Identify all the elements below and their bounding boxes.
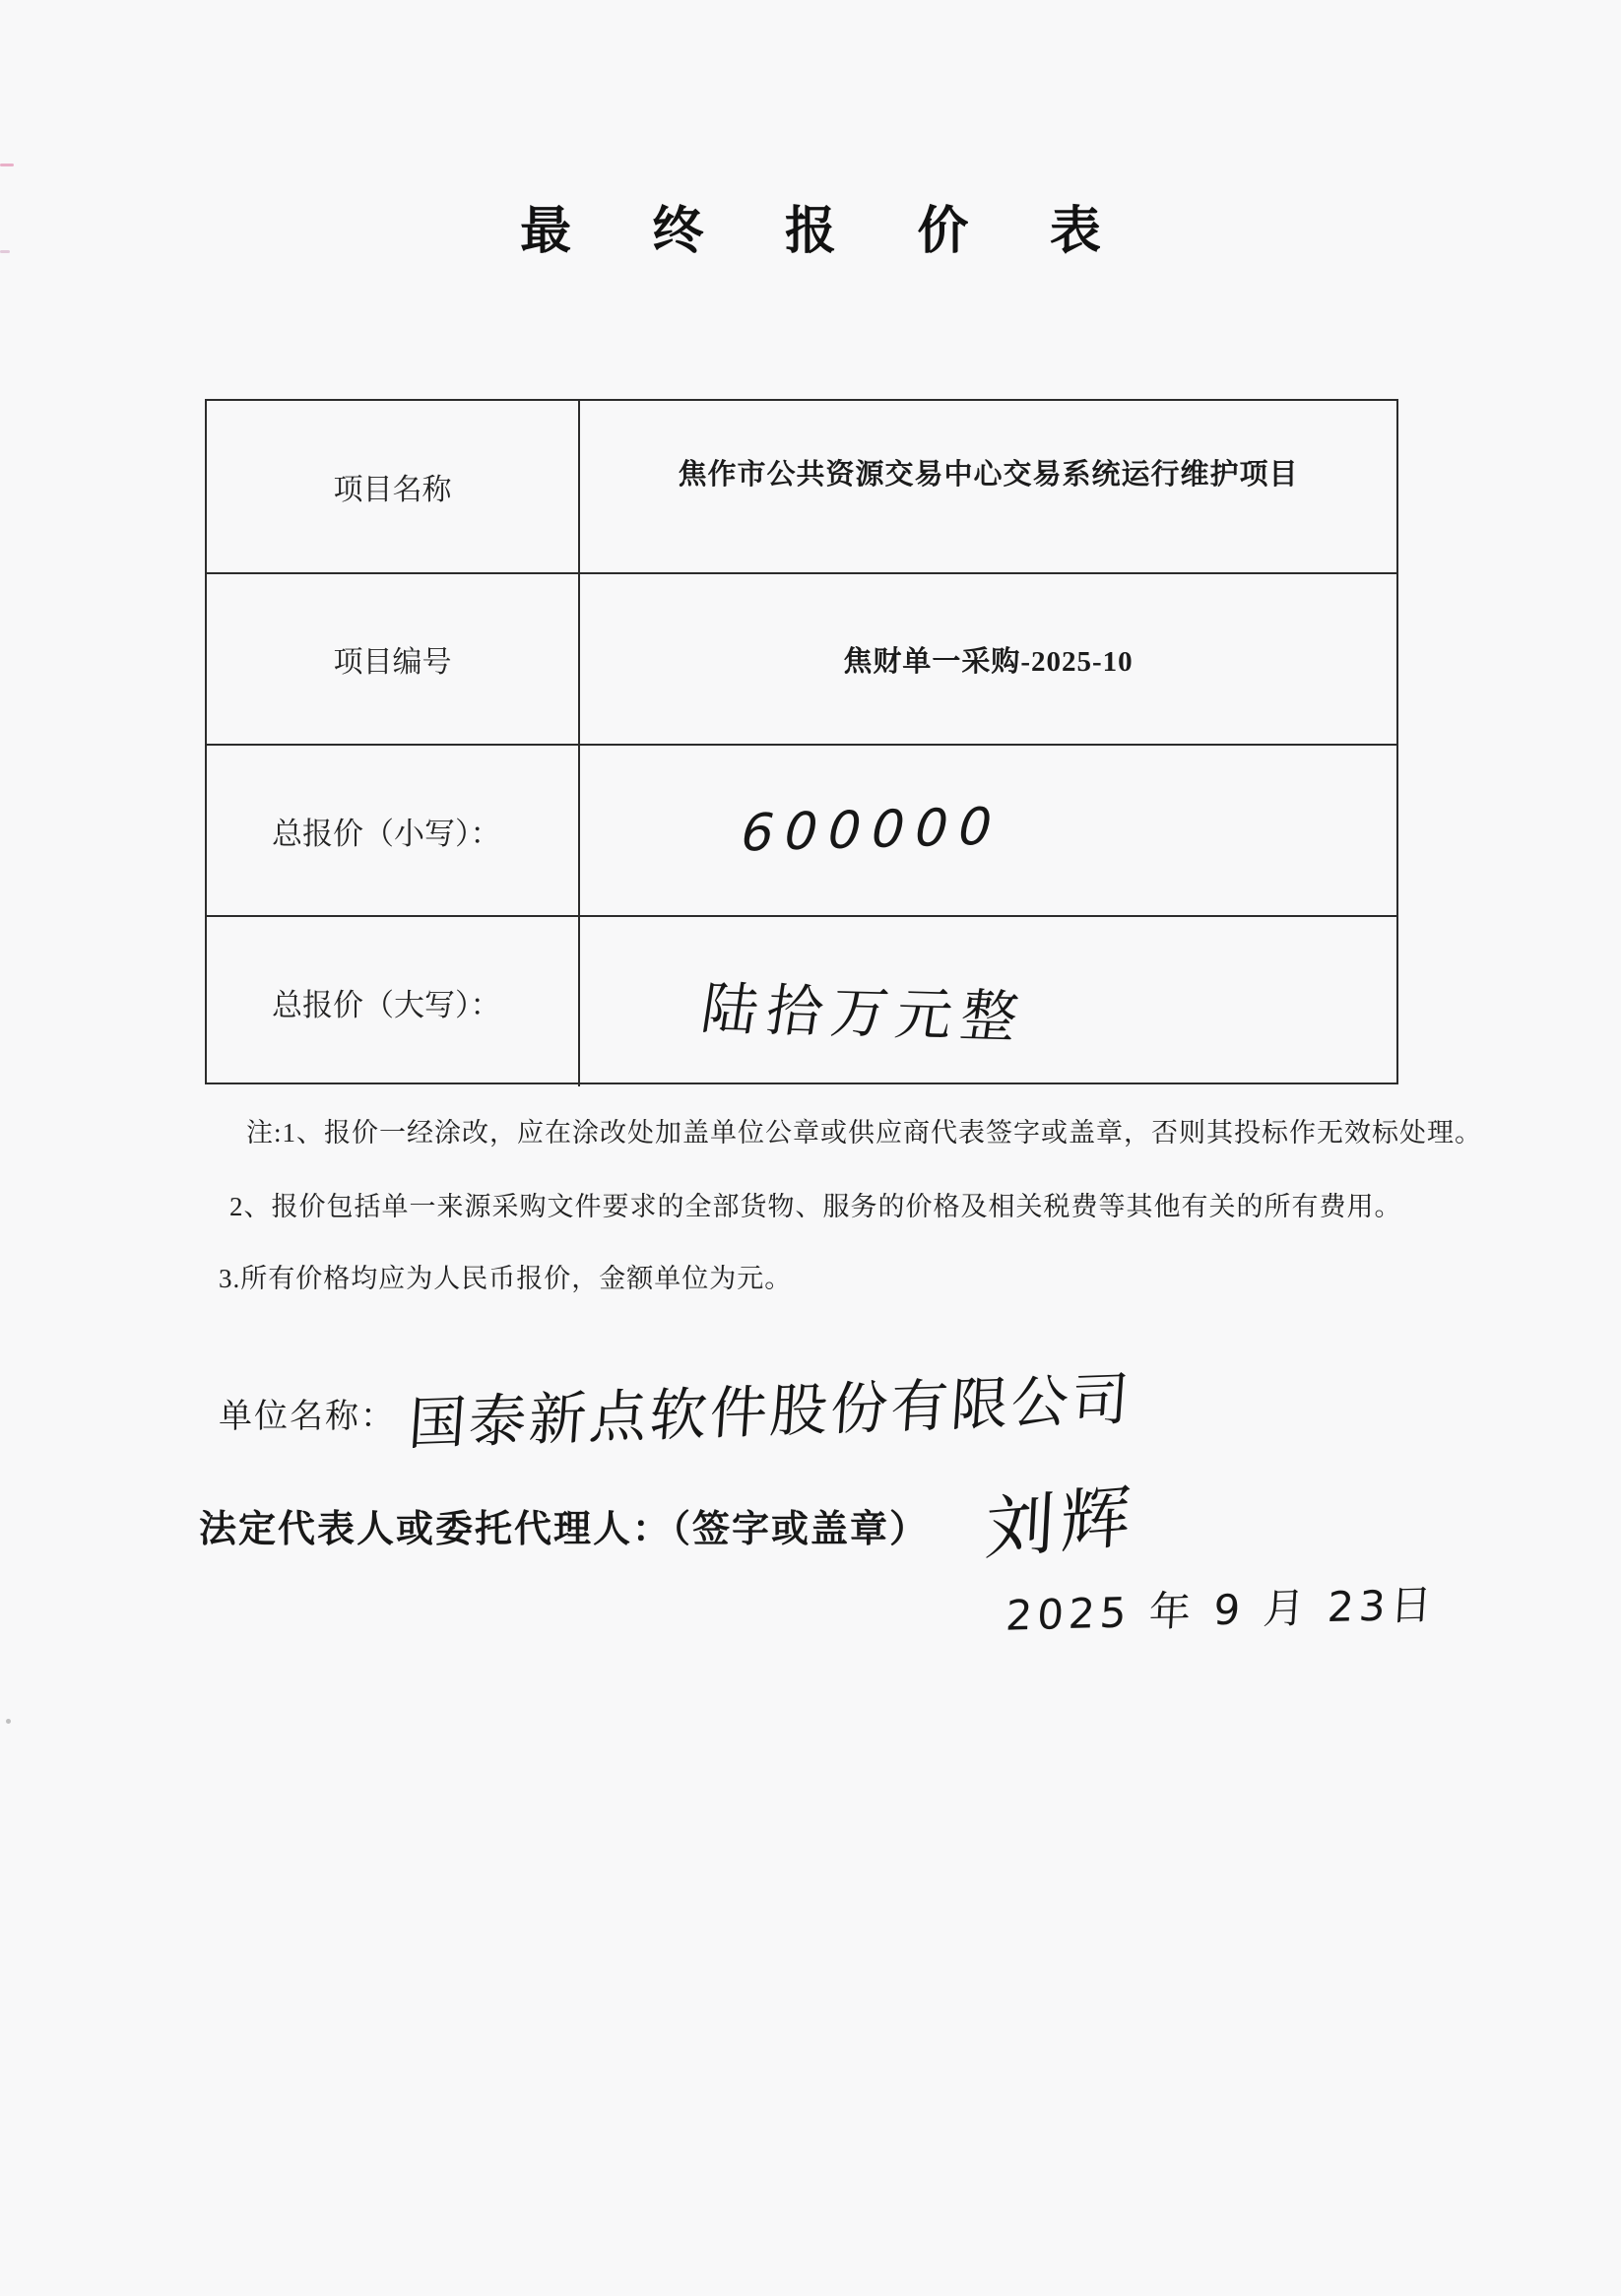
- date-line: 2025 年 9 月 23日: [1006, 1578, 1436, 1637]
- project-number-value: 焦财单一采购-2025-10: [843, 639, 1133, 680]
- project-name-label: 项目名称: [334, 465, 452, 508]
- scanned-quotation-document: 最 终 报 价 表 项目名称 焦作市公共资源交易中心交易系统运行维护项目 项目编…: [0, 0, 1621, 2296]
- signature-handwriting: 刘辉: [983, 1462, 1139, 1574]
- total-price-numeric-label: 总报价（小写）：: [272, 809, 501, 853]
- table-row-label-total-price-words: 总报价（大写）：: [207, 915, 578, 1086]
- project-number-label: 项目编号: [334, 637, 452, 681]
- table-row-label-total-price-numeric: 总报价（小写）：: [207, 744, 578, 915]
- total-price-numeric-handwriting: 600000: [740, 798, 1005, 864]
- company-name-label: 单位名称：: [219, 1389, 396, 1437]
- table-row-label-project-number: 项目编号: [207, 572, 578, 744]
- scan-artifact-mark: [6, 1719, 11, 1724]
- scan-artifact-mark: [0, 164, 14, 166]
- note-1: 注:1、报价一经涂改，应在涂改处加盖单位公章或供应商代表签字或盖章，否则其投标作…: [246, 1111, 1621, 1149]
- scan-artifact-mark: [0, 250, 10, 253]
- project-name-value: 焦作市公共资源交易中心交易系统运行维护项目: [678, 452, 1298, 492]
- table-row-value-project-name: 焦作市公共资源交易中心交易系统运行维护项目: [578, 401, 1396, 572]
- table-row-value-total-price-words: 陆拾万元整: [578, 915, 1396, 1086]
- table-row-label-project-name: 项目名称: [207, 401, 578, 572]
- page-title: 最 终 报 价 表: [0, 189, 1621, 263]
- note-2: 2、报价包括单一来源采购文件要求的全部货物、服务的价格及相关税费等其他有关的所有…: [229, 1185, 1621, 1223]
- quotation-table: 项目名称 焦作市公共资源交易中心交易系统运行维护项目 项目编号 焦财单一采购-2…: [205, 399, 1398, 1084]
- note-3: 3.所有价格均应为人民币报价，金额单位为元。: [219, 1257, 1621, 1295]
- company-name-handwriting: 国泰新点软件股份有限公司: [406, 1352, 1135, 1460]
- total-price-words-handwriting: 陆拾万元整: [696, 963, 1032, 1053]
- notes-section: 注:1、报价一经涂改，应在涂改处加盖单位公章或供应商代表签字或盖章，否则其投标作…: [0, 1111, 1621, 1295]
- company-name-line: 单位名称： 国泰新点软件股份有限公司: [219, 1371, 1131, 1454]
- table-row-value-total-price-numeric: 600000: [578, 744, 1396, 915]
- representative-label: 法定代表人或委托代理人：（签字或盖章）: [199, 1498, 929, 1552]
- representative-line: 法定代表人或委托代理人：（签字或盖章） 刘辉: [199, 1476, 1135, 1575]
- total-price-words-label: 总报价（大写）：: [272, 980, 501, 1024]
- date-handwriting: 2025 年 9 月 23日: [1005, 1572, 1439, 1642]
- table-row-value-project-number: 焦财单一采购-2025-10: [578, 572, 1396, 744]
